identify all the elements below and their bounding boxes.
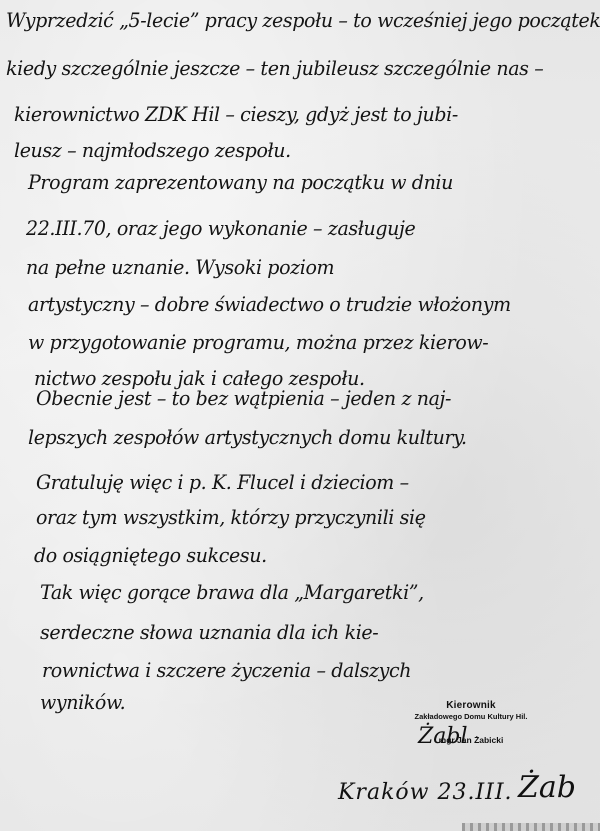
letter-line-15: do osiągniętego sukcesu. xyxy=(34,543,600,567)
letter-line-12: lepszych zespołów artystycznych domu kul… xyxy=(28,425,598,449)
stamp-institution: Zakładowego Domu Kultury Hil. xyxy=(396,712,546,721)
letter-line-16: Tak więc gorące brawa dla „Margaretki”, xyxy=(40,580,600,604)
letter-line-17: serdeczne słowa uznania dla ich kie- xyxy=(40,620,600,644)
letter-line-14: oraz tym wszystkim, którzy przyczynili s… xyxy=(36,505,600,529)
place-date: Kraków 23.III. xyxy=(338,780,513,805)
letter-line-9: w przygotowanie programu, można przez ki… xyxy=(28,330,598,354)
letter-line-3: kierownictwo ZDK Hil – cieszy, gdyż jest… xyxy=(14,102,584,126)
letter-line-2: kiedy szczególnie jeszcze – ten jubileus… xyxy=(6,56,576,80)
letter-line-6: 22.III.70, oraz jego wykonanie – zasługu… xyxy=(26,216,596,240)
letter-line-11: Obecnie jest – to bez wątpienia – jeden … xyxy=(36,386,600,410)
letter-line-7: na pełne uznanie. Wysoki poziom xyxy=(26,255,596,279)
letter-line-8: artystyczny – dobre świadectwo o trudzie… xyxy=(28,292,598,316)
letter-line-5: Program zaprezentowany na początku w dni… xyxy=(28,170,598,194)
final-signature: Żab xyxy=(518,770,576,805)
scan-edge-artifact xyxy=(462,823,600,831)
letter-line-1: Wyprzedzić „5-lecie” pracy zespołu – to … xyxy=(6,8,576,32)
letter-line-4: leusz – najmłodszego zespołu. xyxy=(14,138,584,162)
stamp-signature: Żabl xyxy=(418,724,468,749)
stamp-title: Kierownik xyxy=(396,700,546,711)
letter-line-18: rownictwa i szczere życzenia – dalszych xyxy=(42,658,600,682)
letter-line-13: Gratuluję więc i p. K. Flucel i dzieciom… xyxy=(36,470,600,494)
